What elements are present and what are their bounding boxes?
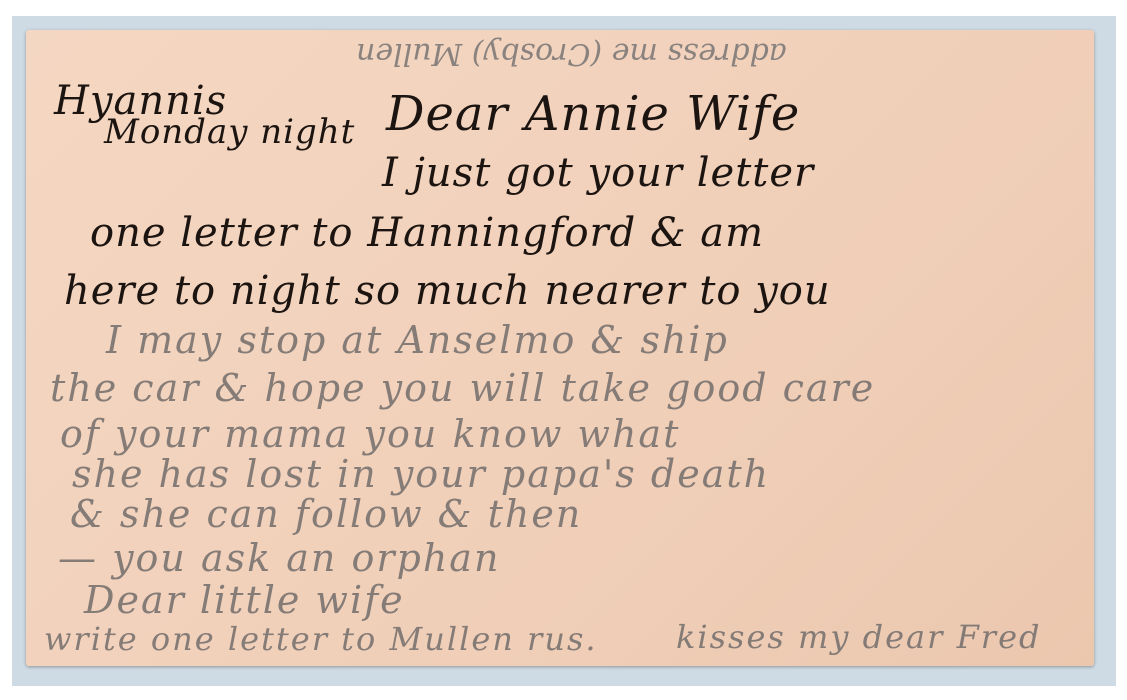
ink-line-1: I just got your letter [382,150,814,196]
pencil-line-4: she has lost in your papa's death [72,452,770,496]
pencil-line-8: write one letter to Mullen rus. [44,620,598,658]
pencil-line-3: of your mama you know what [60,412,680,456]
signature: kisses my dear Fred [676,618,1041,656]
pencil-line-6: — you ask an orphan [58,536,500,580]
upside-down-address-note: address me (Crosby) Mullen [356,36,787,71]
pencil-line-2: the car & hope you will take good care [50,366,875,410]
pencil-line-5: & she can follow & then [70,492,582,536]
postcard: address me (Crosby) Mullen Hyannis Monda… [26,30,1094,666]
ink-line-2: one letter to Hanningford & am [90,210,764,256]
day-heading: Monday night [104,112,355,152]
ink-line-3: here to night so much nearer to you [64,268,831,314]
salutation: Dear Annie Wife [386,86,800,142]
pencil-line-1: I may stop at Anselmo & ship [106,318,729,362]
pencil-line-7: Dear little wife [84,578,405,622]
